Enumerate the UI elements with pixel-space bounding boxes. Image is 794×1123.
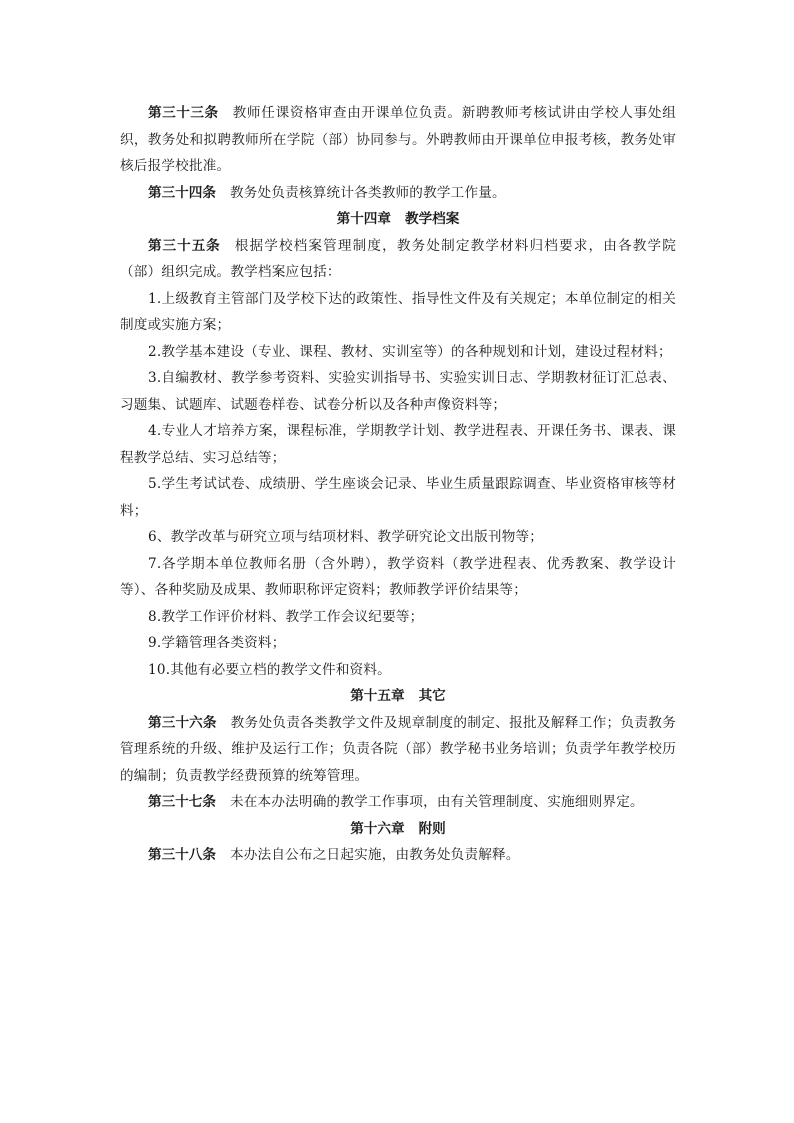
- article-label: 第三十五条: [148, 238, 221, 254]
- document-page: 第三十三条教师任课资格审查由开课单位负责。新聘教师考核试讲由学校人事处组织，教务…: [120, 100, 676, 869]
- chapter-number: 第十五章: [350, 688, 404, 704]
- archive-item: 8.教学工作评价材料、教学工作会议纪要等；: [120, 604, 676, 631]
- article-38: 第三十八条本办法自公布之日起实施，由教务处负责解释。: [120, 842, 676, 869]
- article-34: 第三十四条教务处负责核算统计各类教师的教学工作量。: [120, 180, 676, 207]
- article-37: 第三十七条未在本办法明确的教学工作事项，由有关管理制度、实施细则界定。: [120, 789, 676, 816]
- chapter-14-heading: 第十四章教学档案: [120, 206, 676, 233]
- chapter-title: 教学档案: [405, 211, 459, 227]
- article-35: 第三十五条根据学校档案管理制度，教务处制定教学材料归档要求，由各教学院（部）组织…: [120, 233, 676, 286]
- chapter-16-heading: 第十六章附则: [120, 816, 676, 843]
- article-36: 第三十六条教务处负责各类教学文件及规章制度的制定、报批及解释工作；负责教务管理系…: [120, 710, 676, 790]
- archive-item: 2.教学基本建设（专业、课程、教材、实训室等）的各种规划和计划，建设过程材料；: [120, 339, 676, 366]
- article-33: 第三十三条教师任课资格审查由开课单位负责。新聘教师考核试讲由学校人事处组织，教务…: [120, 100, 676, 180]
- archive-item: 9.学籍管理各类资料；: [120, 630, 676, 657]
- archive-item: 3.自编教材、教学参考资料、实验实训指导书、实验实训日志、学期教材征订汇总表、习…: [120, 365, 676, 418]
- article-text: 本办法自公布之日起实施，由教务处负责解释。: [230, 847, 520, 863]
- chapter-number: 第十四章: [337, 211, 391, 227]
- archive-item: 1.上级教育主管部门及学校下达的政策性、指导性文件及有关规定；本单位制定的相关制…: [120, 286, 676, 339]
- article-label: 第三十七条: [148, 794, 216, 810]
- article-label: 第三十六条: [148, 715, 217, 731]
- chapter-number: 第十六章: [350, 821, 404, 837]
- chapter-title: 其它: [419, 688, 446, 704]
- article-label: 第三十四条: [148, 185, 216, 201]
- archive-item: 7.各学期本单位教师名册（含外聘），教学资料（教学进程表、优秀教案、教学设计等）…: [120, 551, 676, 604]
- archive-item: 5.学生考试试卷、成绩册、学生座谈会记录、毕业生质量跟踪调查、毕业资格审核等材料…: [120, 471, 676, 524]
- archive-item: 6、教学改革与研究立项与结项材料、教学研究论文出版刊物等；: [120, 524, 676, 551]
- chapter-title: 附则: [419, 821, 446, 837]
- article-text: 教务处负责核算统计各类教师的教学工作量。: [230, 185, 506, 201]
- archive-item: 4.专业人才培养方案，课程标准，学期教学计划、教学进程表、开课任务书、课表、课程…: [120, 418, 676, 471]
- article-label: 第三十八条: [148, 847, 216, 863]
- article-label: 第三十三条: [148, 105, 219, 121]
- chapter-15-heading: 第十五章其它: [120, 683, 676, 710]
- article-text: 未在本办法明确的教学工作事项，由有关管理制度、实施细则界定。: [230, 794, 644, 810]
- archive-item: 10.其他有必要立档的教学文件和资料。: [120, 657, 676, 684]
